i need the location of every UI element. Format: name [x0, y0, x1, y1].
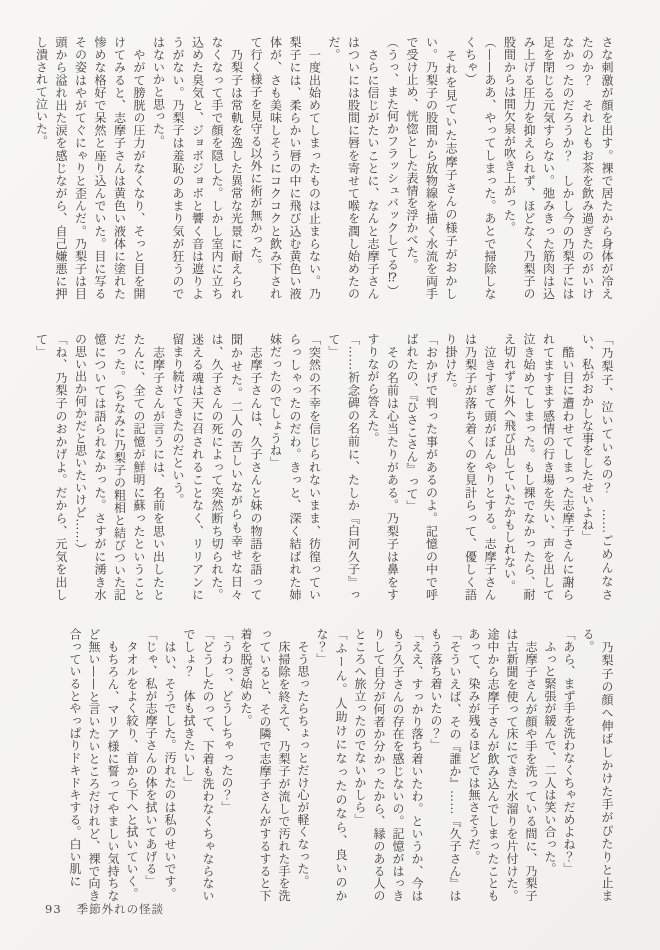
paragraph: 「そういえば、その『誰か』……『久子さん』はもう落ち着いたの？」 — [426, 628, 464, 902]
paragraph: 「ね、乃梨子のおかげよ。だから、元気を出して」 — [32, 333, 70, 601]
paragraph: 「あら、まず手を洗わなくちゃだめよね？」 — [559, 628, 578, 902]
text-block-bottom: 乃梨子の顔へ伸ばしかけた手がぴたりと止まる。 「あら、まず手を洗わなくちゃだめよ… — [32, 628, 616, 902]
paragraph: 乃梨子は常軌を逸した異常な光景に耐えられなくなって手で顔を隠した。しかし室内に立… — [148, 36, 246, 300]
running-title: 季節外れの怪談 — [77, 901, 165, 917]
paragraph: 「乃梨子、泣いているの？ ……ごめんなさい、私がおかしな事をしたせいよね」 — [577, 333, 616, 601]
paragraph: 志摩子さんが顔や手を洗っている間に、乃梨子は古新聞を使って床にできた水溜りを片付… — [464, 628, 540, 902]
paragraph: 志摩子さんは、久子さんと妹の物語を語って聞かせた。二人の苦しいながらも幸せな日々… — [168, 333, 266, 601]
paragraph: （うっ、また何かフラッシュバックしてる⁉） — [382, 36, 402, 300]
paragraph: そう思ったらちょっとだけ心が軽くなった。 — [293, 628, 312, 902]
paragraph: さらに信じがたいことに、なんと志摩子さんはついには股間に唇を寄せて喉を潤し始めた… — [324, 36, 383, 300]
paragraph: ふっと緊張が緩んで、二人は笑い合った。 — [540, 628, 559, 902]
paragraph: 「どうしたのって、下着も洗わなくちゃならないでしょ？ 体も拭きたいし」 — [179, 628, 217, 902]
paragraph: さな刺激が顔を出す。裸で居たから身体が冷えたのか？ それともお茶を飲み過ぎたのが… — [499, 36, 616, 300]
paragraph: 「ふーん。人助けになったのなら、良いのかな？」 — [312, 628, 350, 902]
paragraph: タオルをよく絞り、首から下へと拭いていく。 — [122, 628, 141, 902]
paragraph: やがて膀胱の圧力がなくなり、そっと目を開けてみると、志摩子さんは黄色い液体に塗れ… — [32, 36, 148, 300]
paragraph: その名前は心当たりがある。乃梨子は鼻をすすりながら答えた。 — [363, 333, 402, 601]
page-number: 93 — [45, 902, 62, 916]
paragraph: 一度出始めてしまったものは止まらない。乃梨子には、柔らかい唇の中に飛び込む黄色い… — [246, 36, 324, 300]
paragraph: （——ああ、やってしまった。あとで掃除しなくちゃ） — [460, 36, 499, 300]
paragraph: 「……祈念碑の名前に、たしか『白河久子』って」 — [324, 333, 363, 601]
page-footer: 93 季節外れの怪談 — [45, 901, 164, 917]
paragraph: 「じゃ、私が志摩子さんの体を拭いてあげる」 — [141, 628, 160, 902]
paragraph: 泣きすぎて頭がぼんやりとする。志摩子さんは乃梨子が落ち着くのを見計らって、優しく… — [441, 333, 500, 601]
paragraph: 酷い目に遭わせてしまった志摩子さんに謝られてますます感情の行き場を失い、声を出し… — [499, 333, 577, 601]
paragraph: 「ええ、すっかり落ち着いたわ。というか、今はもう久子さんの存在を感じないの。記憶… — [350, 628, 426, 902]
text-block-middle: 「乃梨子、泣いているの？ ……ごめんなさい、私がおかしな事をしたせいよね」 酷い… — [32, 333, 616, 601]
paragraph: それを見ていた志摩子さんの様子がおかしい。乃梨子の股間から放物線を描く水流を両手… — [402, 36, 461, 300]
paragraph: 床掃除を終えて、乃梨子が流しで汚れた手を洗っていると、その隣で志摩子さんがするす… — [236, 628, 293, 902]
paragraph: 「うわっ、どうしちゃったの？」 — [217, 628, 236, 902]
book-page: さな刺激が顔を出す。裸で居たから身体が冷えたのか？ それともお茶を飲み過ぎたのが… — [0, 0, 660, 950]
paragraph: 乃梨子の顔へ伸ばしかけた手がぴたりと止まる。 — [578, 628, 616, 902]
paragraph: 志摩子さんが言うには、名前を思い出したとたんに、全ての記憶が鮮明に蘇ったというこ… — [70, 333, 168, 601]
paragraph: もちろん、マリア様に誓ってやましい気持ちなど無い——と言いたいところだけれど、裸… — [65, 628, 122, 902]
paragraph: 「突然の不幸を信じられないまま、彷徨っていらっしゃったのだわ。きっと、深く結ばれ… — [265, 333, 324, 601]
paragraph: はい、そうでした。汚れたのは私のせいです。 — [160, 628, 179, 902]
text-block-top: さな刺激が顔を出す。裸で居たから身体が冷えたのか？ それともお茶を飲み過ぎたのが… — [32, 36, 616, 300]
paragraph: 「おかげで判った事があるのよ。記憶の中で呼ばれたの、『ひさこさん』って」 — [402, 333, 441, 601]
